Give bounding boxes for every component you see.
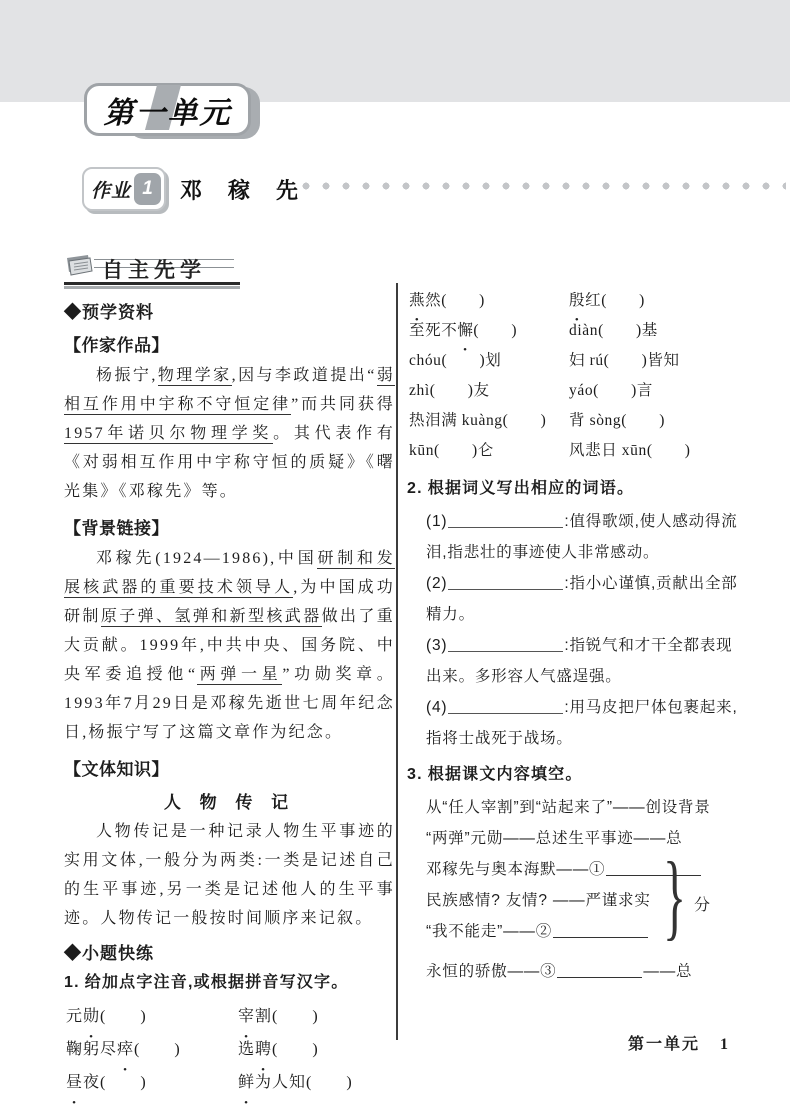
outline-line: 永恒的骄傲——③——总 [426, 956, 747, 987]
pinyin-item: 宰割( ) [238, 1000, 395, 1033]
question-1-text: 给加点字注音,或根据拼音写汉字。 [85, 970, 349, 996]
pinyin-item: diàn( )基 [569, 316, 747, 346]
definition-item: (1):值得歌颂,使人感动得流泪,指悲壮的事迹使人非常感动。 [426, 506, 747, 568]
grouping-brace: } [663, 848, 686, 944]
question-3-stem: 3. 根据课文内容填空。 [407, 762, 747, 788]
pinyin-item: 至死不懈( ) [409, 316, 569, 346]
footer-unit-label: 第一单元 [628, 1031, 700, 1054]
pinyin-item: 元勋( ) [66, 1000, 238, 1033]
pinyin-item: 殷红( ) [569, 286, 747, 316]
question-2-number: 2. [407, 476, 423, 502]
pinyin-item: 风悲日 xūn( ) [569, 436, 747, 466]
pinyin-item: kūn( )仑 [409, 436, 569, 466]
outline-line: “两弹”元勋——总述生平事迹——总 [426, 823, 747, 854]
author-works-header: 【作家作品】 [64, 331, 395, 356]
definition-item: (3):指锐气和才干全都表现出来。多形容人气盛逞强。 [426, 630, 747, 692]
question-2-items: (1):值得歌颂,使人感动得流泪,指悲壮的事迹使人非常感动。 (2):指小心谨慎… [407, 506, 747, 754]
question-2-text: 根据词义写出相应的词语。 [428, 476, 634, 502]
question-1-stem: 1. 给加点字注音,或根据拼音写汉字。 [64, 970, 395, 996]
lesson-title: 邓 稼 先 [180, 174, 300, 205]
book-icon [64, 252, 96, 280]
pinyin-item: zhì( )友 [409, 376, 569, 406]
pinyin-item: 选聘( ) [238, 1033, 395, 1066]
right-column: 燕然( ) 殷红( ) 至死不懈( ) diàn( )基 chóu( )划 妇 … [407, 286, 747, 987]
pinyin-item: 妇 rú( )皆知 [569, 346, 747, 376]
background-link-header: 【背景链接】 [64, 514, 395, 539]
self-study-section-header: 自主先学 [64, 250, 244, 290]
page-footer: 第一单元 1 [628, 1031, 730, 1054]
question-1-items-right: 燕然( ) 殷红( ) 至死不懈( ) diàn( )基 chóu( )划 妇 … [407, 286, 747, 466]
column-divider [396, 283, 398, 1040]
quick-practice-header: ◆小题快练 [64, 939, 395, 964]
genre-knowledge-header: 【文体知识】 [64, 755, 395, 780]
outline-line: 邓稼先与奥本海默——① [426, 854, 747, 885]
genre-title: 人 物 传 记 [64, 788, 395, 813]
question-1-number: 1. [64, 970, 80, 996]
unit-title: 第一单元 [104, 88, 232, 132]
definition-item: (4):用马皮把尸体包裹起来,指将士战死于战场。 [426, 692, 747, 754]
question-3-number: 3. [407, 762, 423, 788]
author-works-paragraph: 杨振宁,物理学家,因与李政道提出“弱相互作用中宇称不守恒定律”而共同获得1957… [64, 361, 395, 506]
question-3-outline: 从“任人宰割”到“站起来了”——创设背景 “两弹”元勋——总述生平事迹——总 邓… [407, 792, 747, 987]
unit-header-box: 第一单元 [84, 83, 251, 136]
pinyin-item: 热泪满 kuàng( ) [409, 406, 569, 436]
preview-materials-header: ◆预学资料 [64, 298, 395, 323]
pinyin-item: yáo( )言 [569, 376, 747, 406]
question-2-stem: 2. 根据词义写出相应的词语。 [407, 476, 747, 502]
pinyin-item: chóu( )划 [409, 346, 569, 376]
brace-label: 分 [694, 890, 710, 921]
genre-paragraph: 人物传记是一种记录人物生平事迹的实用文体,一般分为两类:一类是记述自己的生平事迹… [64, 817, 395, 933]
pinyin-item: 燕然( ) [409, 286, 569, 316]
footer-page-number: 1 [720, 1036, 730, 1054]
definition-item: (2):指小心谨慎,贡献出全部精力。 [426, 568, 747, 630]
homework-number-badge: 1 [134, 173, 161, 205]
pinyin-item: 背 sòng( ) [569, 406, 747, 436]
outline-line: 从“任人宰割”到“站起来了”——创设背景 [426, 792, 747, 823]
question-1-items-left: 元勋( ) 宰割( ) 鞠躬尽瘁( ) 选聘( ) 昼夜( ) 鲜为人知( ) [64, 1000, 395, 1099]
left-column: 自主先学 ◆预学资料 【作家作品】 杨振宁,物理学家,因与李政道提出“弱相互作用… [64, 250, 395, 1099]
background-paragraph: 邓稼先(1924—1986),中国研制和发展核武器的重要技术领导人,为中国成功研… [64, 544, 395, 747]
pinyin-item: 昼夜( ) [66, 1066, 238, 1099]
decorative-dots-row [302, 182, 786, 191]
question-3-text: 根据课文内容填空。 [428, 762, 583, 788]
section-title: 自主先学 [102, 254, 206, 284]
homework-badge: 作业 1 [82, 167, 166, 211]
homework-label: 作业 [91, 176, 131, 203]
